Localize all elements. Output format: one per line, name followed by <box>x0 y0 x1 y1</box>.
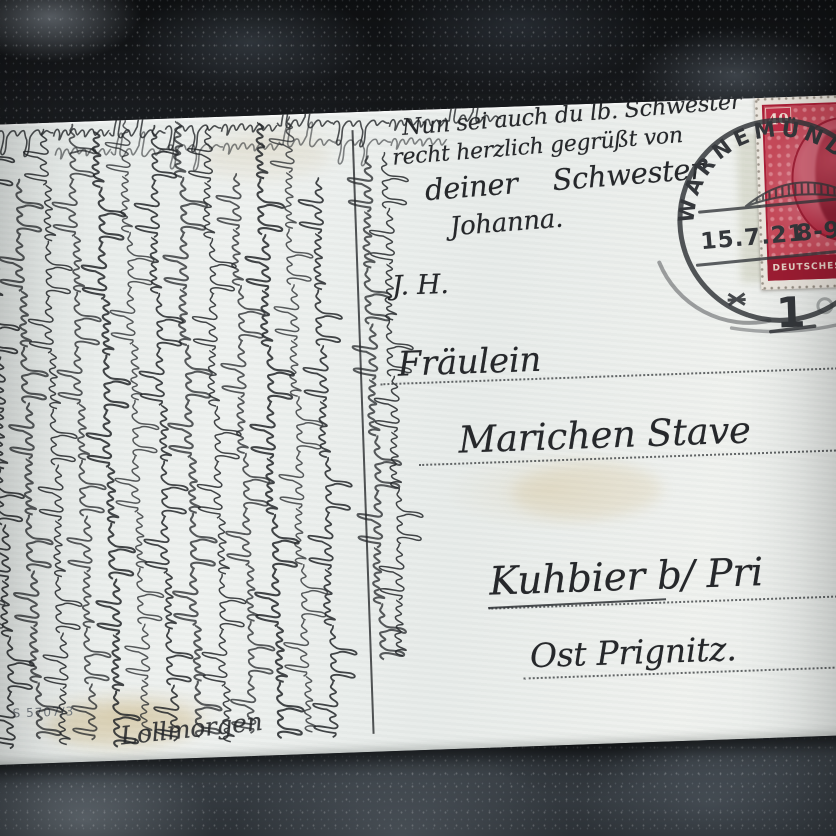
star-mark <box>727 294 745 306</box>
photo-of-postcard-on-stone: S 5707/3 Nun sei auch du lb. Schwester r… <box>0 0 836 836</box>
postcard-back: S 5707/3 Nun sei auch du lb. Schwester r… <box>0 94 836 765</box>
stamp-perforation-top <box>755 94 836 101</box>
postmark-date-group: 15.7.21 8-9V <box>700 215 836 255</box>
postmark-cancellation: WARNEMÜNDE 15.7.21 8-9V 1 <box>666 106 836 338</box>
postmark-time: 8-9V <box>795 215 836 246</box>
address-line-4: Ost Prignitz. <box>529 629 737 675</box>
scribble-line <box>0 132 37 749</box>
address-line-3: Kuhbier b/ Pri <box>489 550 764 605</box>
scribble-line <box>266 116 334 733</box>
monogram: J. H. <box>391 269 449 302</box>
scribble-line <box>239 122 307 739</box>
address-line-1: Fräulein <box>397 340 542 385</box>
scribble-line <box>295 177 361 738</box>
postmark-date: 15.7.21 <box>700 220 806 255</box>
